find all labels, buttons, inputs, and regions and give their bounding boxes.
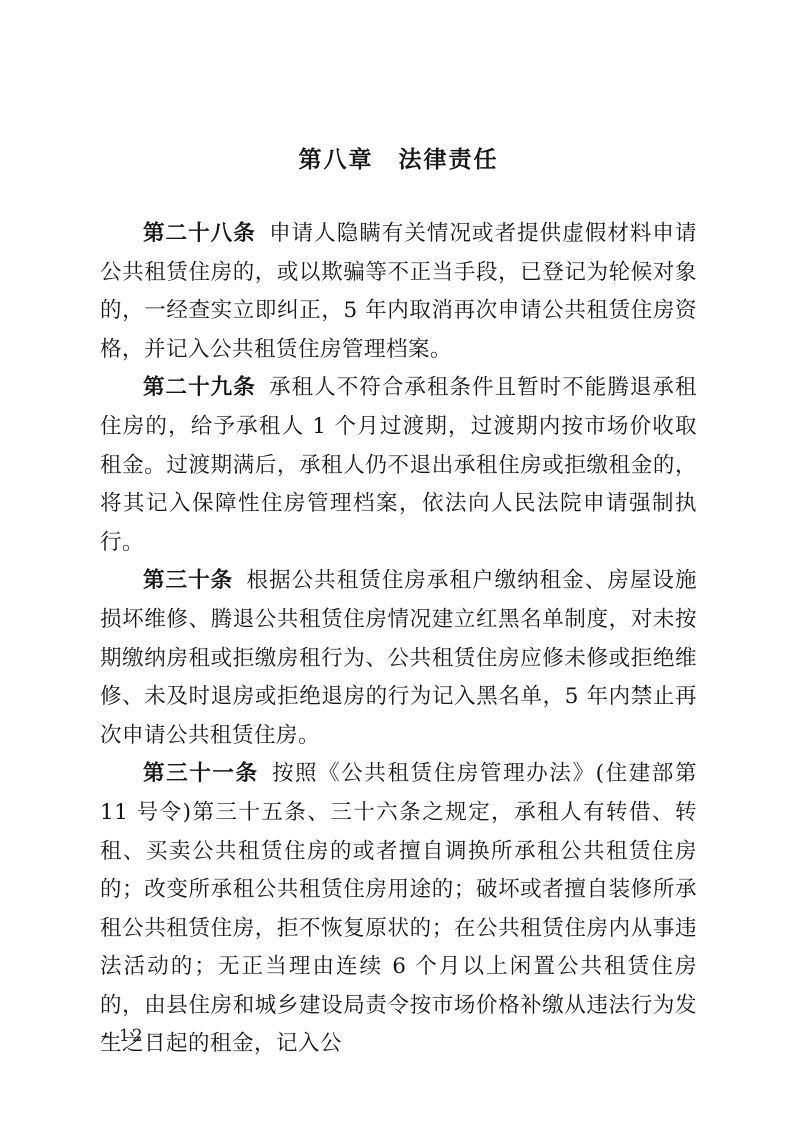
- article-number-30: 第三十条: [143, 568, 233, 593]
- article-paragraph-28: 第二十八条申请人隐瞒有关情况或者提供虚假材料申请公共租赁住房的，或以欺骗等不正当…: [100, 215, 697, 369]
- article-paragraph-31: 第三十一条按照《公共租赁住房管理办法》(住建部第 11 号令)第三十五条、三十六…: [100, 755, 697, 1064]
- article-text-29: 承租人不符合承租条件且暂时不能腾退承租住房的，给予承租人 1 个月过渡期，过渡期…: [100, 375, 697, 554]
- article-text-31: 按照《公共租赁住房管理办法》(住建部第 11 号令)第三十五条、三十六条之规定，…: [100, 761, 697, 1056]
- article-paragraph-30: 第三十条根据公共租赁住房承租户缴纳租金、房屋设施损坏维修、腾退公共租赁住房情况建…: [100, 562, 697, 755]
- article-text-30: 根据公共租赁住房承租户缴纳租金、房屋设施损坏维修、腾退公共租赁住房情况建立红黑名…: [100, 568, 697, 747]
- article-number-31: 第三十一条: [143, 761, 259, 786]
- chapter-title: 第八章 法律责任: [100, 146, 697, 174]
- page-number: – 12 –: [101, 1024, 162, 1048]
- article-number-29: 第二十九条: [143, 375, 256, 400]
- page-content: 第八章 法律责任 第二十八条申请人隐瞒有关情况或者提供虚假材料申请公共租赁住房的…: [100, 146, 697, 1064]
- document-page: 第八章 法律责任 第二十八条申请人隐瞒有关情况或者提供虚假材料申请公共租赁住房的…: [0, 0, 793, 1122]
- article-paragraph-29: 第二十九条承租人不符合承租条件且暂时不能腾退承租住房的，给予承租人 1 个月过渡…: [100, 369, 697, 562]
- article-number-28: 第二十八条: [143, 221, 256, 246]
